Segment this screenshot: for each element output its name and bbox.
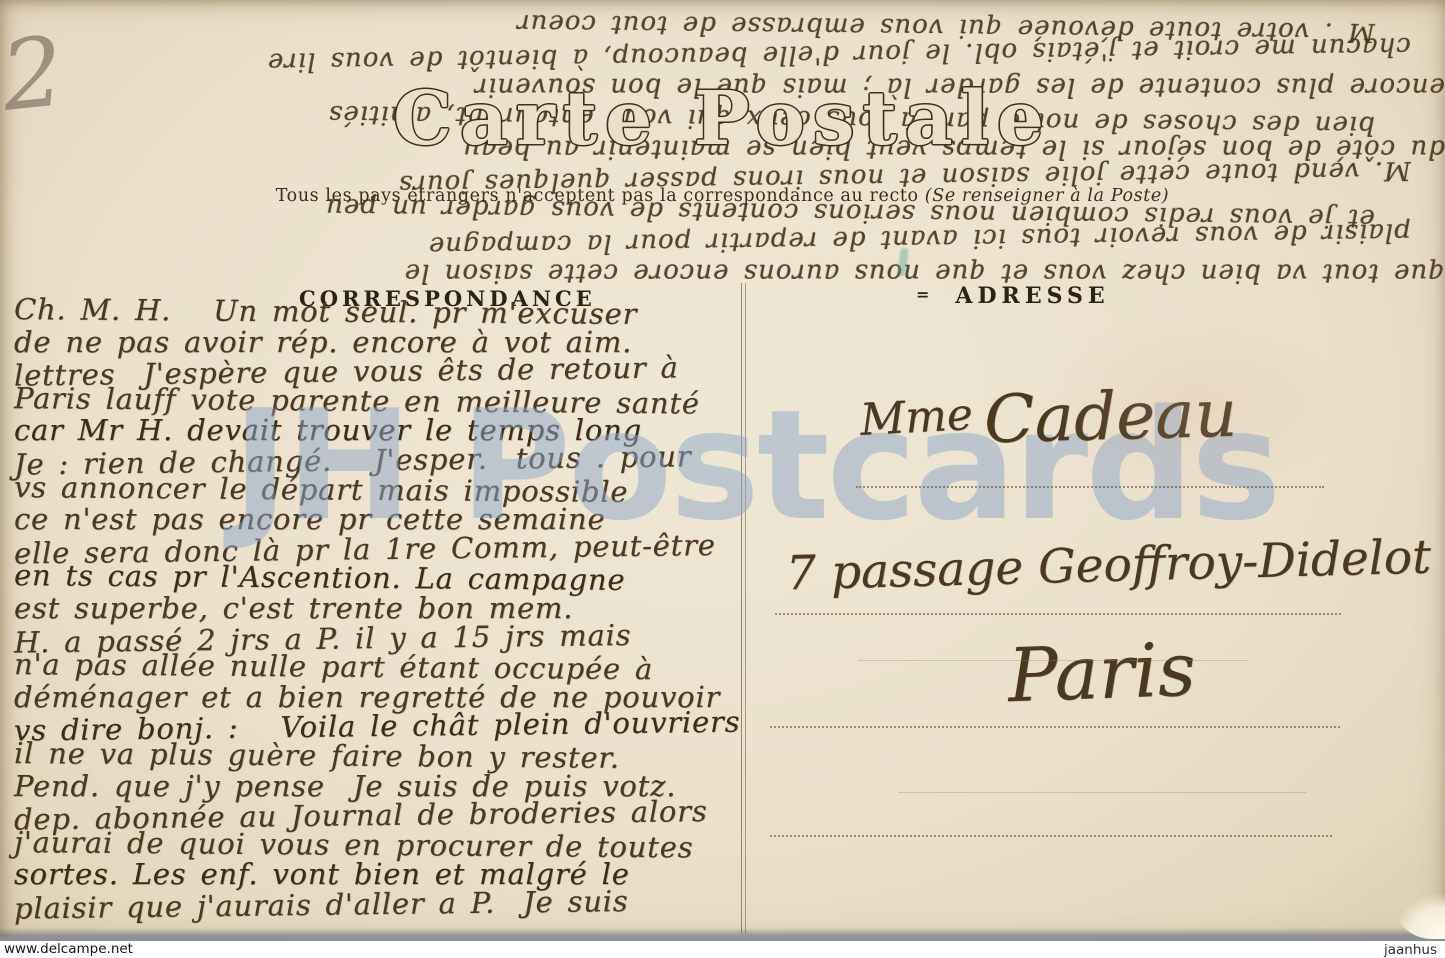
paper-stain [1040, 310, 1350, 500]
address-city: Paris [1007, 627, 1197, 719]
faint-guide-line [898, 792, 1306, 793]
handwriting-line: en ts cas pr l'Ascention. La campagne [14, 561, 754, 596]
postcard-scan: que tout va bien chez vous et que nous a… [0, 0, 1445, 958]
postcard: que tout va bien chez vous et que nous a… [0, 0, 1445, 941]
handwriting-line: j'aurai de quoi vous en procurer de tout… [14, 828, 754, 863]
handwriting-line: est superbe, c'est trente bon mem. [14, 594, 754, 624]
card-title: Carte Postale [0, 76, 1445, 162]
notice-text: Tous les pays étrangers n'acceptent pas … [276, 186, 919, 206]
postal-notice: Tous les pays étrangers n'acceptent pas … [0, 186, 1445, 206]
jaanhus-watermark: jaanhus [1384, 942, 1437, 958]
adresse-label: ADRESSE [955, 283, 1109, 309]
handwriting-line: Ch. M. H. Un mot seul. pr m'excuser [14, 295, 754, 330]
adresse-prefix-mark: = [916, 285, 929, 304]
address-dotted-line [770, 835, 1332, 837]
handwriting-line: n'a pas allée nulle part étant occupée à [14, 650, 754, 685]
address-dotted-line [775, 613, 1341, 615]
address-dotted-line [770, 726, 1340, 728]
scan-footer-strip: www.delcampe.net jaanhus [0, 941, 1445, 958]
adresse-header: =ADRESSE [916, 283, 1110, 309]
faint-guide-line [858, 660, 1248, 661]
delcampe-watermark: www.delcampe.net [4, 941, 133, 957]
handwriting-line: il ne va plus guère faire bon y rester. [14, 739, 754, 774]
card-edge-shadow [0, 928, 1445, 941]
address-honorific: Mme [859, 389, 974, 446]
notice-italic-text: (Se renseigner à la Poste) [925, 186, 1169, 206]
handwriting-line: plaisir que j'aurais d'aller a P. Je sui… [14, 885, 754, 924]
handwriting-line: sortes. Les enf. vont bien et malgré le [14, 860, 754, 890]
